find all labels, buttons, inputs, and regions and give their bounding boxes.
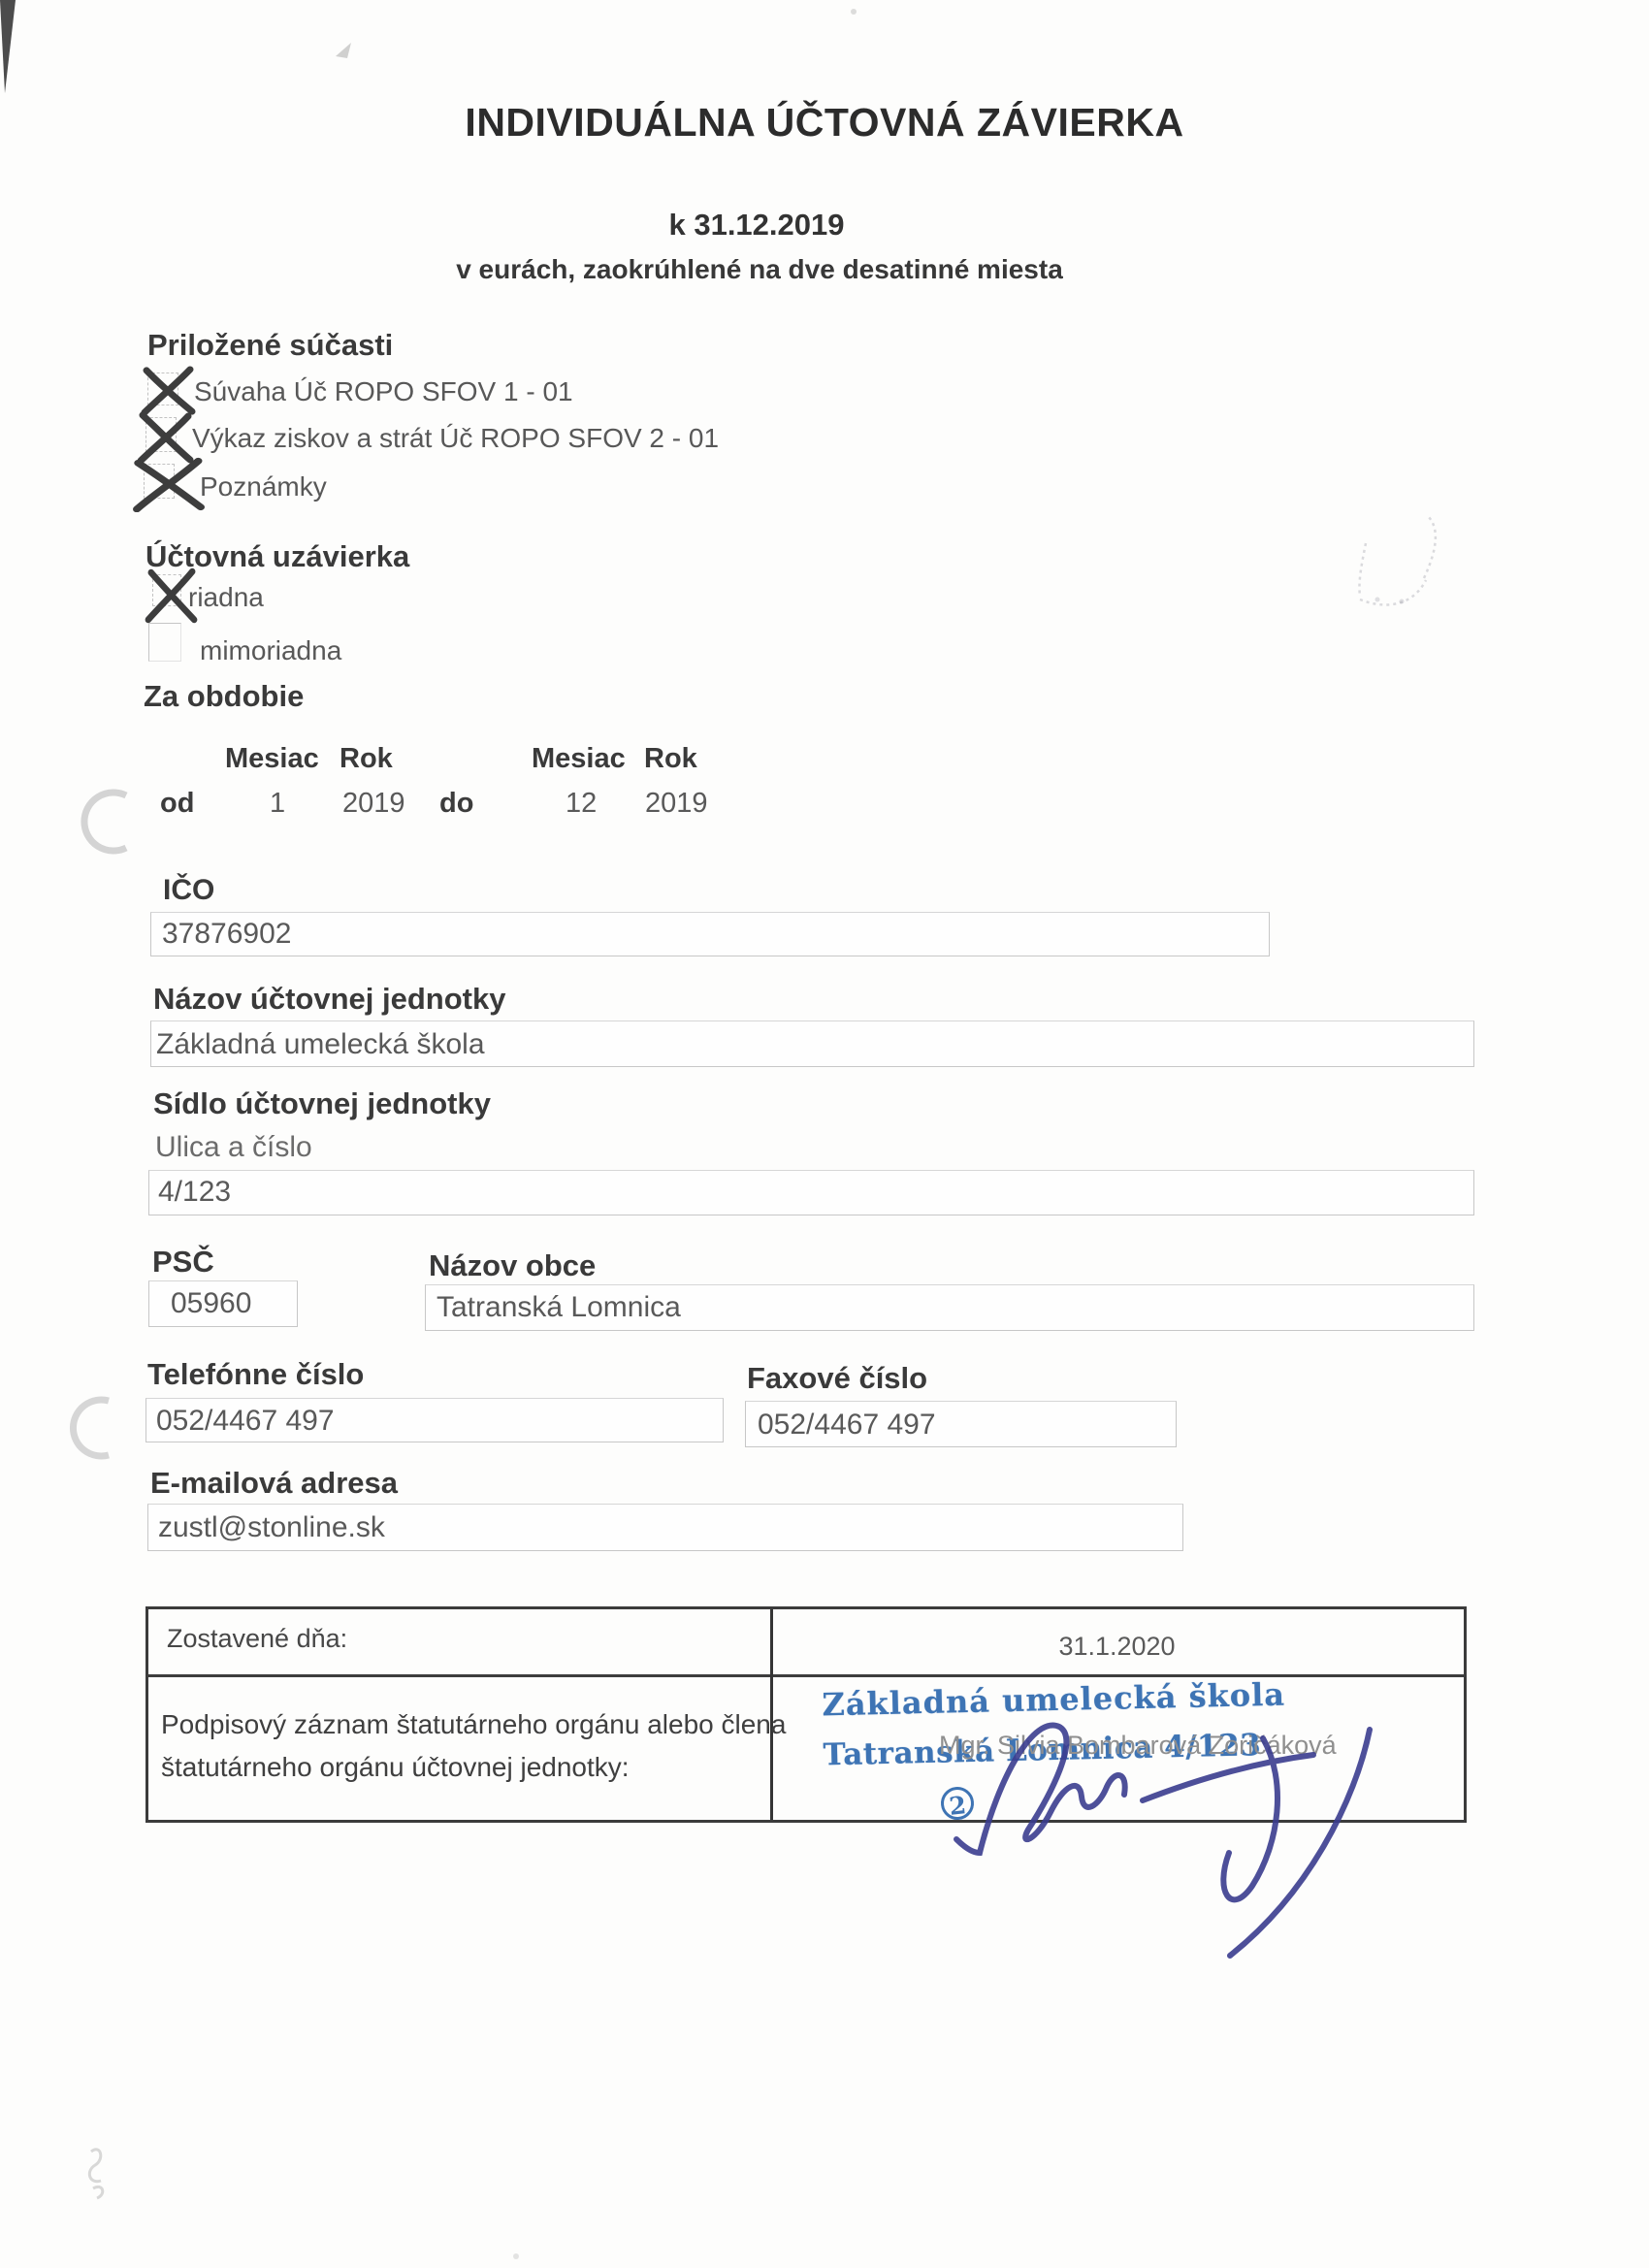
period-from-month-value: 1 [270,788,285,820]
phone-label: Telefónne číslo [147,1357,364,1392]
entity-name-label: Názov účtovnej jednotky [153,982,505,1017]
period-to-year-header: Rok [644,743,697,775]
ico-label: IČO [163,874,214,907]
speck-artifact [336,43,351,58]
smudge-dot [1400,599,1405,604]
punch-hole-mark [84,793,126,851]
period-from-month-header: Mesiac [225,743,319,775]
closing-label-riadna: riadna [188,582,264,613]
street-field [148,1170,1474,1215]
fax-label: Faxové číslo [747,1361,927,1396]
street-label: Ulica a číslo [155,1131,312,1164]
stamp-line1: Základná umelecká škola [822,1679,1285,1721]
checkbox-mimoriadna [148,623,181,662]
period-to-month-header: Mesiac [532,743,626,775]
page-subtitle: v eurách, zaokrúhlené na dve desatinné m… [0,254,1519,285]
psc-value: 05960 [171,1287,251,1320]
attachments-heading: Priložené súčasti [147,328,393,363]
period-from-year-value: 2019 [342,788,405,820]
period-from-year-header: Rok [339,743,393,775]
as-of-date: k 31.12.2019 [0,208,1513,243]
attachment-label-poznamky: Poznámky [200,471,327,502]
period-to-year-value: 2019 [645,788,708,820]
signer-name: Mgr. Silvia Bombarová Zoričáková [939,1731,1337,1761]
check-x-icon [132,456,206,512]
faint-glyph-artifact [89,2150,102,2198]
town-label: Názov obce [429,1248,596,1283]
check-x-icon [140,365,198,417]
email-label: E-mailová adresa [150,1466,398,1501]
signature-statement-line2: štatutárneho orgánu účtovnej jednotky: [161,1752,630,1783]
ico-field [150,912,1270,956]
period-from-label: od [160,788,194,820]
town-value: Tatranská Lomnica [436,1291,681,1324]
street-value: 4/123 [158,1176,231,1209]
fax-value: 052/4467 497 [758,1409,936,1442]
scan-corner-artifact [0,0,16,93]
scanned-financial-statement-page: INDIVIDUÁLNA ÚČTOVNÁ ZÁVIERKA k 31.12.20… [0,0,1649,2268]
speck-artifact [513,2253,519,2259]
attachment-label-vykaz: Výkaz ziskov a strát Úč ROPO SFOV 2 - 01 [192,423,719,454]
closing-label-mimoriadna: mimoriadna [200,635,341,666]
psc-label: PSČ [152,1245,214,1280]
compiled-on-label: Zostavené dňa: [167,1624,347,1654]
punch-hole-mark [73,1400,109,1456]
period-heading: Za obdobie [144,679,304,714]
pencil-smudge-artifact [1359,516,1435,605]
smudge-dot [1375,598,1380,602]
phone-value: 052/4467 497 [156,1405,335,1438]
signature-statement-line1: Podpisový záznam štatutárneho orgánu ale… [161,1709,786,1740]
compiled-on-date: 31.1.2020 [770,1632,1464,1662]
ico-value: 37876902 [162,918,291,951]
period-to-month-value: 12 [566,788,597,820]
page-title: INDIVIDUÁLNA ÚČTOVNÁ ZÁVIERKA [0,100,1649,146]
speck-artifact [851,9,857,15]
seat-heading: Sídlo účtovnej jednotky [153,1086,491,1121]
entity-name-value: Základná umelecká škola [156,1028,485,1061]
email-value: zustl@stonline.sk [158,1511,385,1544]
period-to-label: do [439,788,473,820]
attachment-label-suvaha: Súvaha Úč ROPO SFOV 1 - 01 [194,376,573,407]
